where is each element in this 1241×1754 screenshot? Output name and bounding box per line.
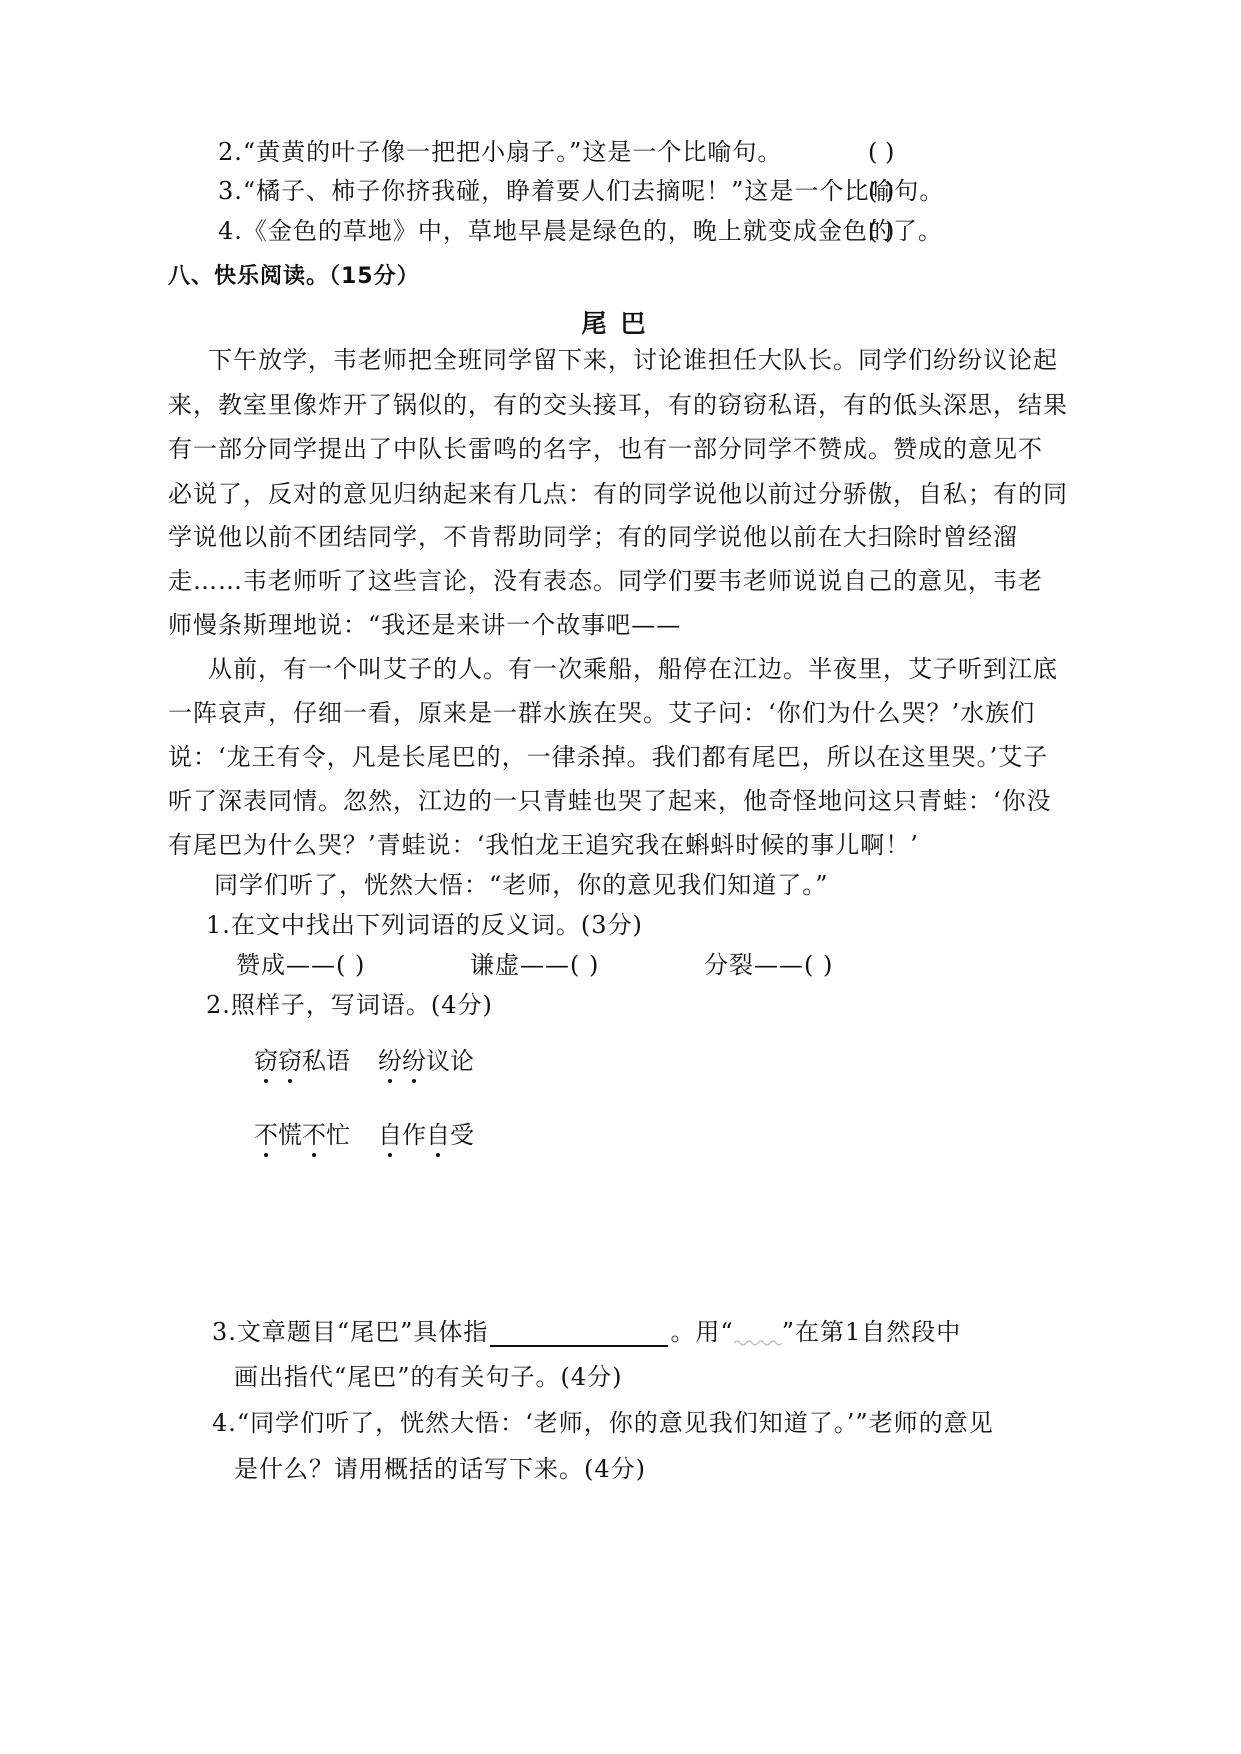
question-3-text: ”在第1自然段中 — [782, 1318, 962, 1346]
question-3-text: 3.文章题目“尾巴”具体指 — [212, 1318, 488, 1346]
char: 论 — [450, 1047, 474, 1075]
antonym-word: 分裂—— — [704, 951, 804, 979]
passage-line: 从前，有一个叫艾子的人。有一次乘船，船停在江边。半夜里，艾子听到江底 — [208, 654, 1058, 684]
passage-line: 来，教室里像炸开了锅似的，有的交头接耳，有的窃窃私语，有的低头深思，结果 — [168, 390, 1068, 420]
emphasized-char: 纷 — [378, 1046, 402, 1076]
passage-line: 有尾巴为什么哭？’青蛙说：‘我怕龙王追究我在蝌蚪时候的事儿啊！’ — [168, 830, 919, 860]
emphasized-char: 不 — [302, 1120, 326, 1150]
antonym-blank[interactable]: ( ) — [336, 951, 365, 979]
char: 作 — [402, 1121, 426, 1149]
char: 私 — [302, 1047, 326, 1075]
antonym-word: 谦虚—— — [470, 951, 570, 979]
question-4-line-2: 是什么？请用概括的话写下来。(4分) — [234, 1454, 646, 1484]
char: 慌 — [278, 1121, 302, 1149]
antonym-item-2: 谦虚——( ) — [470, 950, 599, 980]
question-3-text: 。用“ — [670, 1318, 733, 1346]
antonym-item-3: 分裂——( ) — [704, 950, 833, 980]
emphasized-char: 不 — [254, 1120, 278, 1150]
emphasized-char: 纷 — [402, 1046, 426, 1076]
answer-blank-line[interactable] — [490, 1321, 668, 1347]
char: 议 — [426, 1047, 450, 1075]
emphasized-char: 窃 — [254, 1046, 278, 1076]
answer-box-label: ( ) — [868, 138, 894, 166]
passage-line: 说：‘龙王有令，凡是长尾巴的，一律杀掉。我们都有尾巴，所以在这里哭。’艾子 — [168, 742, 1048, 772]
passage-line: 听了深表同情。忽然，江边的一只青蛙也哭了起来，他奇怪地问这只青蛙：‘你没 — [168, 786, 1052, 816]
antonym-blank[interactable]: ( ) — [570, 951, 599, 979]
question-3-line-1: 3.文章题目“尾巴”具体指。用“”在第1自然段中 — [212, 1317, 961, 1347]
answer-box-3[interactable]: ( ) — [868, 176, 938, 206]
emphasized-char: 自 — [426, 1120, 450, 1150]
passage-line: 下午放学，韦老师把全班同学留下来，讨论谁担任大队长。同学们纷纷议论起 — [208, 345, 1058, 375]
emphasized-char: 窃 — [278, 1046, 302, 1076]
judgement-item-3: 3.“橘子、柿子你挤我碰，睁着要人们去摘呢！”这是一个比喻句。 — [218, 176, 944, 206]
antonym-item-1: 赞成——( ) — [236, 950, 365, 980]
passage-line: 师慢条斯理地说：“我还是来讲一个故事吧—— — [168, 610, 681, 640]
answer-box-4[interactable]: ( ) — [868, 216, 938, 246]
example-words-row-2: 不慌不忙自作自受 — [254, 1120, 474, 1150]
question-2-prompt: 2.照样子，写词语。(4分) — [206, 990, 493, 1020]
passage-line: 学说他以前不团结同学，不肯帮助同学；有的同学说他以前在大扫除时曾经溜 — [168, 522, 1018, 552]
question-1-prompt: 1.在文中找出下列词语的反义词。(3分) — [206, 910, 643, 940]
passage-line: 同学们听了，恍然大悟：“老师，你的意见我们知道了。” — [214, 870, 829, 900]
answer-box-label: ( ) — [868, 177, 894, 205]
section-heading: 八、快乐阅读。（15分） — [168, 262, 420, 292]
char: 语 — [326, 1047, 350, 1075]
answer-box-label: ( ) — [868, 217, 894, 245]
passage-line: 必说了，反对的意见归纳起来有几点：有的同学说他以前过分骄傲，自私；有的同 — [168, 479, 1068, 509]
judgement-item-4: 4.《金色的草地》中，草地早晨是绿色的，晚上就变成金色的了。 — [218, 216, 943, 246]
passage-title: 尾巴 — [0, 304, 1241, 340]
char: 忙 — [326, 1121, 350, 1149]
passage-line: 有一部分同学提出了中队长雷鸣的名字，也有一部分同学不赞成。赞成的意见不 — [168, 434, 1043, 464]
question-4-line-1: 4.“同学们听了，恍然大悟：‘老师，你的意见我们知道了。’”老师的意见 — [212, 1408, 994, 1438]
wavy-underline-icon — [734, 1323, 782, 1347]
passage-line: 走……韦老师听了这些言论，没有表态。同学们要韦老师说说自己的意见，韦老 — [168, 566, 1043, 596]
passage-line: 一阵哀声，仔细一看，原来是一群水族在哭。艾子问：‘你们为什么哭？’水族们 — [168, 698, 1035, 728]
antonym-word: 赞成—— — [236, 951, 336, 979]
question-3-line-2: 画出指代“尾巴”的有关句子。(4分) — [234, 1362, 623, 1392]
judgement-item-2: 2.“黄黄的叶子像一把把小扇子。”这是一个比喻句。 — [218, 137, 782, 167]
example-words-row-1: 窃窃私语纷纷议论 — [254, 1046, 474, 1076]
antonym-blank[interactable]: ( ) — [804, 951, 833, 979]
emphasized-char: 自 — [378, 1120, 402, 1150]
char: 受 — [450, 1121, 474, 1149]
answer-box-2[interactable]: ( ) — [868, 137, 938, 167]
